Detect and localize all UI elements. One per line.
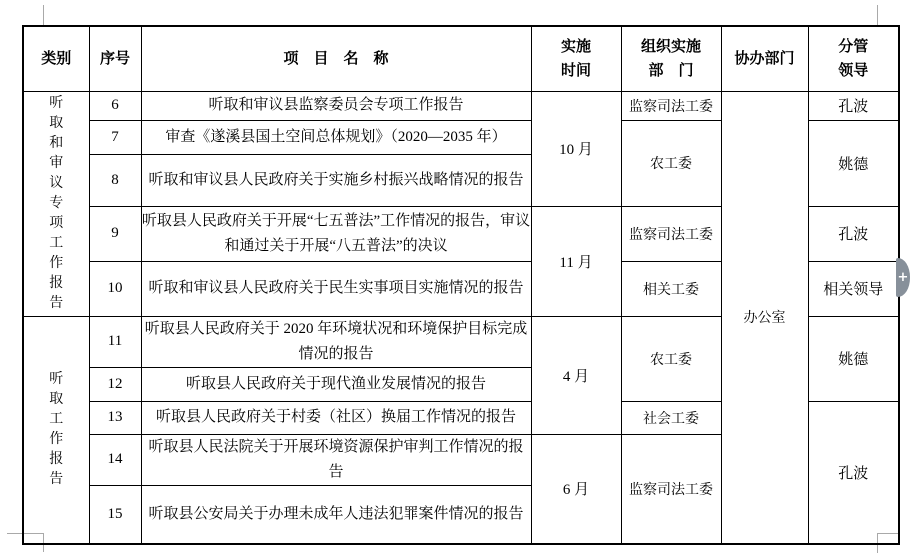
header-leader[interactable]: 分管 领导 xyxy=(808,26,899,91)
header-leader-line2: 领导 xyxy=(809,59,899,83)
cell-no-11[interactable]: 11 xyxy=(89,316,141,367)
cell-project-7[interactable]: 审查《遂溪县国土空间总体规划》（2020—2035 年） xyxy=(141,120,531,154)
cell-project-11[interactable]: 听取县人民政府关于 2020 年环境状况和环境保护目标完成情况的报告 xyxy=(141,316,531,367)
cell-leader-9[interactable]: 孔波 xyxy=(808,206,899,261)
header-project-name[interactable]: 项 目 名 称 xyxy=(141,26,531,91)
cell-project-14[interactable]: 听取县人民法院关于开展环境资源保护审判工作情况的报告 xyxy=(141,434,531,485)
cell-no-7[interactable]: 7 xyxy=(89,120,141,154)
cell-no-12[interactable]: 12 xyxy=(89,367,141,401)
cell-no-6[interactable]: 6 xyxy=(89,91,141,120)
plus-icon: + xyxy=(898,270,909,285)
text-boundary-mark-top-left xyxy=(43,5,44,25)
cell-project-6[interactable]: 听取和审议县监察委员会专项工作报告 xyxy=(141,91,531,120)
cell-project-9[interactable]: 听取县人民政府关于开展“七五普法”工作情况的报告，审议和通过关于开展“八五普法”… xyxy=(141,206,531,261)
cell-time-nov[interactable]: 11 月 xyxy=(531,206,621,316)
cell-time-jun[interactable]: 6 月 xyxy=(531,434,621,544)
cell-category-group2[interactable]: 听取工作报告 xyxy=(23,316,89,544)
table-row: 听取和审议专项工作报告 6 听取和审议县监察委员会专项工作报告 10 月 监察司… xyxy=(23,91,899,120)
cell-no-8[interactable]: 8 xyxy=(89,154,141,206)
header-assist-dept[interactable]: 协办部门 xyxy=(721,26,808,91)
cell-no-14[interactable]: 14 xyxy=(89,434,141,485)
work-plan-table: 类别 序号 项 目 名 称 实施 时间 组织实施 部 门 协办部门 分管 领导 … xyxy=(22,25,900,545)
header-number[interactable]: 序号 xyxy=(89,26,141,91)
cell-leader-13-15[interactable]: 孔波 xyxy=(808,401,899,544)
cell-no-13[interactable]: 13 xyxy=(89,401,141,434)
header-category[interactable]: 类别 xyxy=(23,26,89,91)
cell-org-11-12[interactable]: 农工委 xyxy=(621,316,721,401)
cell-no-15[interactable]: 15 xyxy=(89,485,141,544)
cell-category-group1[interactable]: 听取和审议专项工作报告 xyxy=(23,91,89,316)
header-org-dept-line2: 部 门 xyxy=(622,59,721,83)
header-org-dept-line1: 组织实施 xyxy=(622,35,721,59)
cell-project-8[interactable]: 听取和审议县人民政府关于实施乡村振兴战略情况的报告 xyxy=(141,154,531,206)
table-header-row: 类别 序号 项 目 名 称 实施 时间 组织实施 部 门 协办部门 分管 领导 xyxy=(23,26,899,91)
cell-leader-7-8[interactable]: 姚德 xyxy=(808,120,899,206)
insert-plus-handle[interactable]: + xyxy=(896,258,910,297)
category-group1-label: 听取和审议专项工作报告 xyxy=(48,94,64,314)
cell-leader-6[interactable]: 孔波 xyxy=(808,91,899,120)
cell-no-9[interactable]: 9 xyxy=(89,206,141,261)
cell-org-13[interactable]: 社会工委 xyxy=(621,401,721,434)
document-page: 类别 序号 项 目 名 称 实施 时间 组织实施 部 门 协办部门 分管 领导 … xyxy=(0,0,924,555)
header-org-dept[interactable]: 组织实施 部 门 xyxy=(621,26,721,91)
cell-org-10[interactable]: 相关工委 xyxy=(621,261,721,316)
cell-project-13[interactable]: 听取县人民政府关于村委（社区）换届工作情况的报告 xyxy=(141,401,531,434)
cell-org-7-8[interactable]: 农工委 xyxy=(621,120,721,206)
category-group2-label: 听取工作报告 xyxy=(48,370,64,490)
cell-leader-11-12[interactable]: 姚德 xyxy=(808,316,899,401)
cell-time-apr[interactable]: 4 月 xyxy=(531,316,621,434)
text-boundary-mark-top-right xyxy=(877,5,878,25)
header-impl-time-line2: 时间 xyxy=(532,59,621,83)
cell-assist-dept[interactable]: 办公室 xyxy=(721,91,808,544)
cell-project-12[interactable]: 听取县人民政府关于现代渔业发展情况的报告 xyxy=(141,367,531,401)
cell-project-10[interactable]: 听取和审议县人民政府关于民生实事项目实施情况的报告 xyxy=(141,261,531,316)
cell-org-9[interactable]: 监察司法工委 xyxy=(621,206,721,261)
cell-leader-10[interactable]: 相关领导 xyxy=(808,261,899,316)
header-impl-time[interactable]: 实施 时间 xyxy=(531,26,621,91)
cell-org-14-15[interactable]: 监察司法工委 xyxy=(621,434,721,544)
cell-org-6[interactable]: 监察司法工委 xyxy=(621,91,721,120)
header-leader-line1: 分管 xyxy=(809,35,899,59)
cell-project-15[interactable]: 听取县公安局关于办理未成年人违法犯罪案件情况的报告 xyxy=(141,485,531,544)
cell-time-oct[interactable]: 10 月 xyxy=(531,91,621,206)
cell-no-10[interactable]: 10 xyxy=(89,261,141,316)
header-impl-time-line1: 实施 xyxy=(532,35,621,59)
